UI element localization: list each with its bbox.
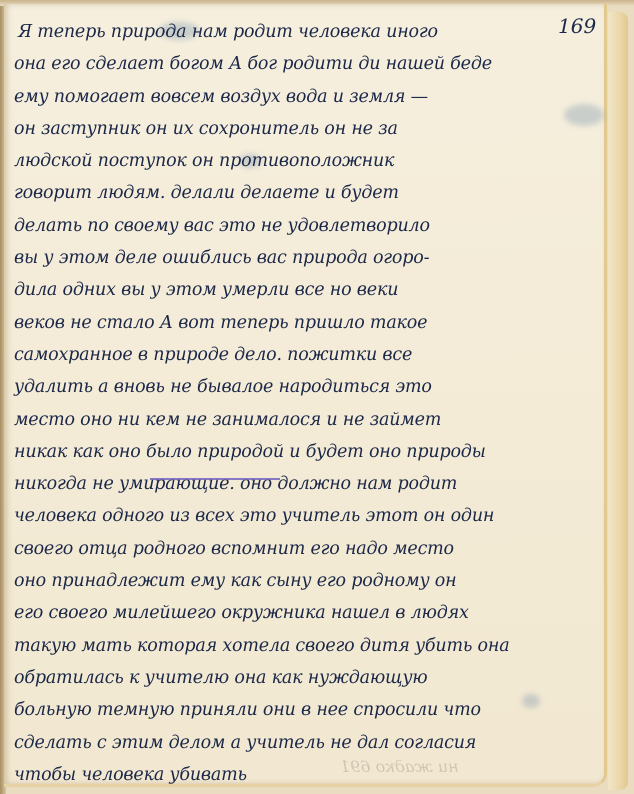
text-line: она его сделает богом А бог родити ди на… — [14, 48, 594, 80]
text-line: никогда не умирающие. оно должно нам род… — [14, 468, 594, 500]
text-line: чтобы человека убивать — [14, 759, 594, 791]
text-line: говорит людям. делали делаете и будет — [14, 177, 594, 209]
text-line: самохранное в природе дело. пожитки все — [14, 339, 594, 371]
text-line: удалить а вновь не бывалое народиться эт… — [14, 371, 594, 403]
text-line: человека одного из всех это учитель этот… — [14, 500, 594, 532]
text-line: место оно ни кем не занималося и не займ… — [14, 404, 594, 436]
text-line: дила одних вы у этом умерли все но веки — [14, 274, 594, 306]
text-line: больную темную приняли они в нее спросил… — [14, 694, 594, 726]
text-line: его своего милейшего окружника нашел в л… — [14, 597, 594, 629]
text-line: обратилась к учителю она как нуждающую — [14, 662, 594, 694]
bleed-through-text: ни жадко 691 — [340, 757, 459, 776]
text-line: оно принадлежит ему как сыну его родному… — [14, 565, 594, 597]
text-line: людской поступок он противоположник — [14, 145, 594, 177]
text-line: никак как оно было природой и будет оно … — [14, 436, 594, 468]
text-line: Я теперь природа нам родит человека иног… — [14, 16, 594, 48]
text-line: ему помогает вовсем воздух вода и земля … — [14, 81, 594, 113]
handwritten-text-block: Я теперь природа нам родит человека иног… — [14, 16, 594, 791]
text-line: вы у этом деле ошиблись вас природа огор… — [14, 242, 594, 274]
text-line: такую мать которая хотела своего дитя уб… — [14, 630, 594, 662]
purple-underline — [150, 478, 280, 480]
text-line: сделать с этим делом а учитель не дал со… — [14, 727, 594, 759]
text-line: своего отца родного вспомнит его надо ме… — [14, 533, 594, 565]
text-line: он заступник он их сохронитель он не за — [14, 113, 594, 145]
next-page-edge — [608, 12, 628, 790]
text-line: делать по своему вас это не удовлетворил… — [14, 210, 594, 242]
text-line: веков не стало А вот теперь пришло такое — [14, 307, 594, 339]
